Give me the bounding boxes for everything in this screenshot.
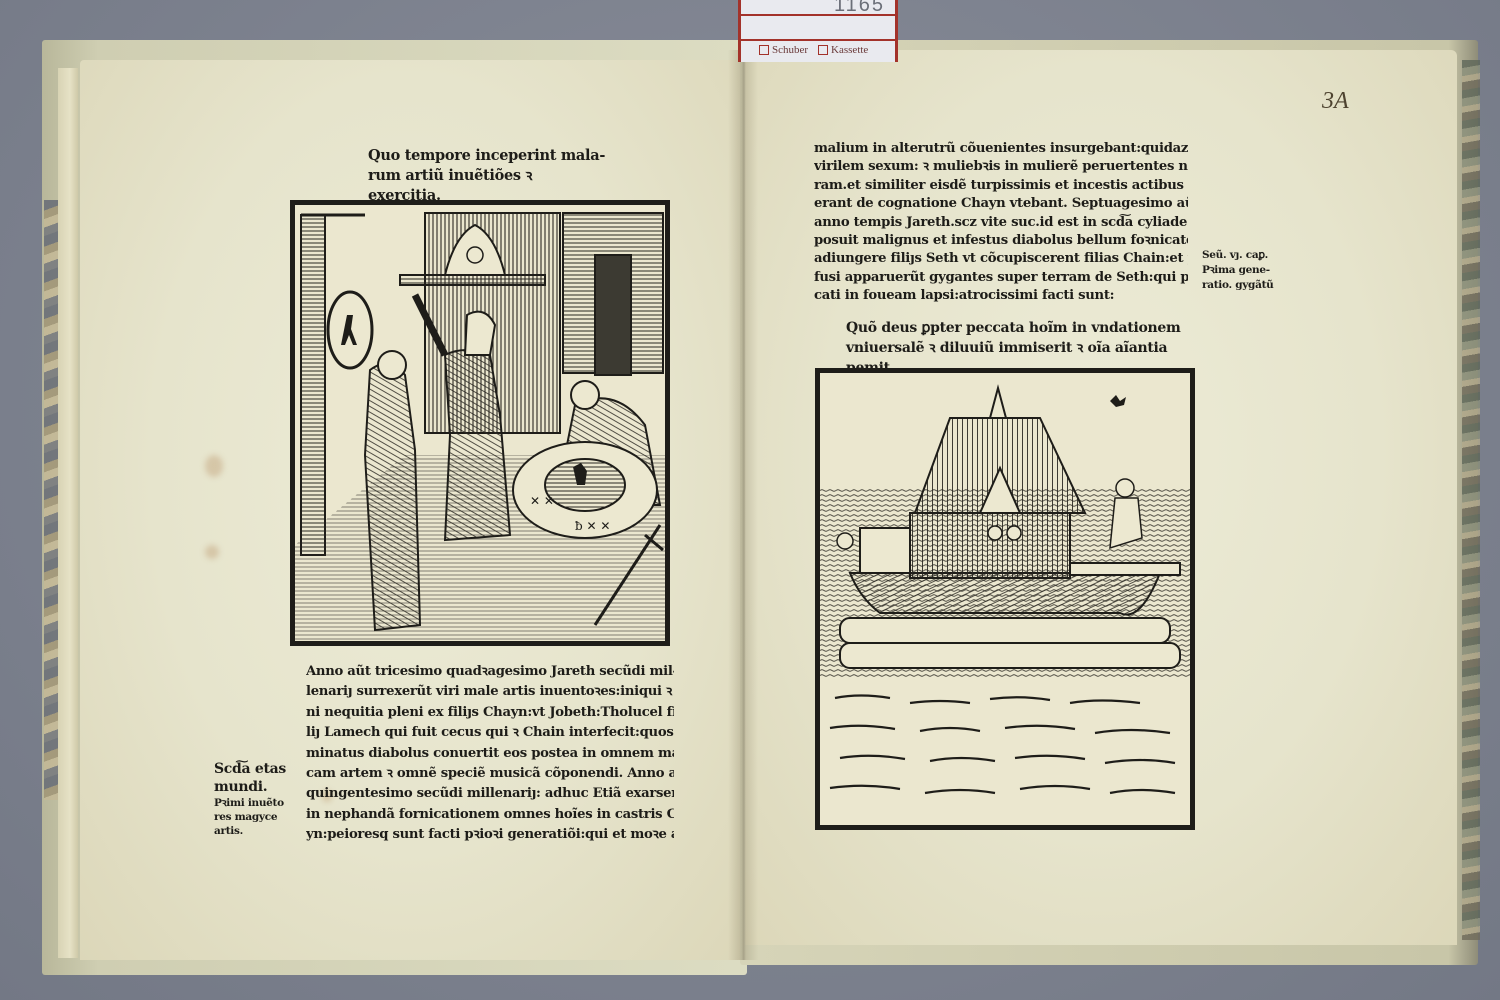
woodcut-noahs-ark (815, 368, 1195, 830)
text-line: anno tempis Jareth.scz vite suc.id est i… (814, 214, 1188, 232)
woodcut-magic-arts: ✕ ✕ ƀ ✕ ✕ (290, 200, 670, 646)
margin-note-line: ratio. gygãtũ (1202, 278, 1312, 293)
slip-rule (741, 39, 895, 41)
text-line: ram.et similiter eisdẽ turpissimis et in… (814, 177, 1188, 195)
margin-note-line: Pꝛimi inuẽto (214, 796, 294, 810)
left-margin-note: Scd͠a etas mundi. Pꝛimi inuẽto res magyc… (214, 760, 294, 838)
text-line: fusi apparuerũt gygantes super terram de… (814, 269, 1188, 287)
text-line: Anno aũt tricesimo quadꝛagesimo Jareth s… (306, 662, 674, 682)
margin-note-line: artis. (214, 824, 294, 838)
marbled-board-right (1462, 60, 1480, 940)
text-line: quingentesimo secũdi millenariȷ: adhuc E… (306, 784, 674, 804)
heading-line: Quo tempore inceperint mala- (368, 146, 608, 166)
text-line: malium in alterutrũ cõuenientes insurgeb… (814, 140, 1188, 158)
woodcut-magic-arts-illustration: ✕ ✕ ƀ ✕ ✕ (295, 205, 665, 641)
woodcut-noahs-ark-illustration (820, 373, 1190, 825)
checkbox-icon[interactable] (818, 45, 828, 55)
text-line: virilem sexum: ꝛ muliebꝛis in mulierẽ pe… (814, 158, 1188, 176)
folio-number: 3A (1322, 88, 1349, 115)
margin-note-line: Pꝛima gene- (1202, 263, 1312, 278)
margin-note-title: mundi. (214, 778, 294, 796)
slip-option-kassette[interactable]: Kassette (818, 44, 868, 56)
right-body-text: malium in alterutrũ cõuenientes insurgeb… (814, 140, 1188, 306)
left-body-text: Anno aũt tricesimo quadꝛagesimo Jareth s… (306, 662, 674, 846)
svg-text:ƀ ✕ ✕: ƀ ✕ ✕ (575, 519, 610, 533)
text-line: cam artem ꝛ omnẽ speciẽ musicã cõponendi… (306, 764, 674, 784)
right-margin-note: Seũ. vȷ. caꝑ. Pꝛima gene- ratio. gygãtũ (1202, 248, 1312, 293)
margin-note-title: Scd͠a etas (214, 760, 294, 778)
text-line: lenariȷ surrexerũt viri male artis inuen… (306, 682, 674, 702)
marbled-board-left (44, 200, 58, 800)
text-line: adiungere filiȷs Seth vt cõcupiscerent f… (814, 250, 1188, 268)
slip-rule (741, 14, 895, 16)
slip-option-schuber[interactable]: Schuber (759, 44, 808, 56)
slip-option-label: Schuber (772, 44, 808, 56)
slip-option-label: Kassette (831, 44, 868, 56)
foxing-stain (205, 455, 223, 477)
book-gutter (728, 50, 758, 960)
archive-slip: 1165 Schuber Kassette (738, 0, 898, 62)
left-chapter-heading: Quo tempore inceperint mala- rum artiũ i… (368, 146, 608, 206)
svg-text:✕ ✕: ✕ ✕ (530, 494, 554, 508)
foxing-stain (205, 545, 219, 559)
text-line: ni nequitia pleni ex filiȷs Chayn:vt Job… (306, 703, 674, 723)
checkbox-icon[interactable] (759, 45, 769, 55)
heading-line: Quõ deus ꝑpter peccata hoĩm in vndatione… (846, 318, 1186, 338)
slip-options: Schuber Kassette (759, 44, 868, 56)
text-line: erant de cognatione Chayn vtebant. Septu… (814, 195, 1188, 213)
margin-note-line: Seũ. vȷ. caꝑ. (1202, 248, 1312, 263)
margin-note-line: res magyce (214, 810, 294, 824)
text-line: in nephandã fornicationem omnes hoĩes in… (306, 805, 674, 825)
text-line: liȷ Lamech qui fuit cecus qui ꝛ Chain in… (306, 723, 674, 743)
text-line: posuit malignus et infestus diabolus bel… (814, 232, 1188, 250)
text-line: minatus diabolus conuertit eos postea in… (306, 744, 674, 764)
text-line: yn:peioresq sunt facti pꝛioꝛi generatiõi… (306, 825, 674, 845)
text-line: cati in foueam lapsi:atrocissimi facti s… (814, 287, 1188, 305)
